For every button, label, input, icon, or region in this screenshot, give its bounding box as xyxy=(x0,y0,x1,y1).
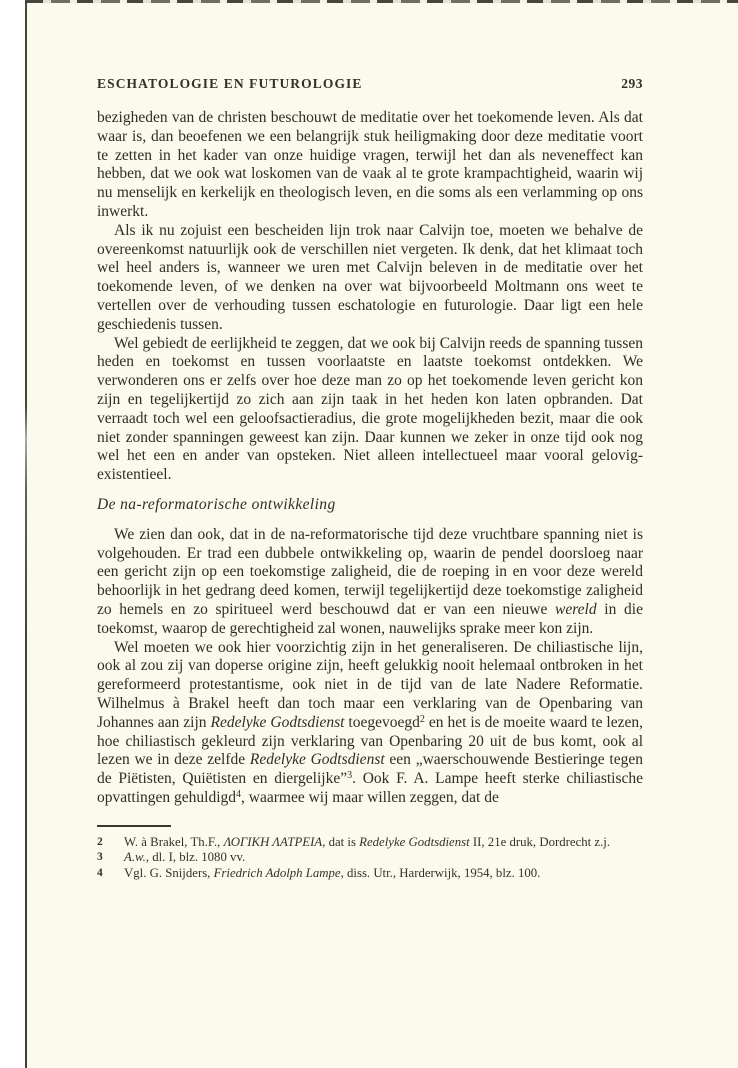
italic-text: Friedrich Adolph Lampe xyxy=(214,866,341,880)
italic-text: Redelyke Godtsdienst xyxy=(250,751,385,768)
footnote-number: 4 xyxy=(97,866,124,882)
footnote-text: W. à Brakel, Th.F., ΛΟΓΙΚΗ ΛΑΤΡΕΙΑ, dat … xyxy=(124,835,643,851)
page-edge-line xyxy=(25,0,27,1068)
footnotes: 2 W. à Brakel, Th.F., ΛΟΓΙΚΗ ΛΑΤΡΕΙΑ, da… xyxy=(97,835,643,882)
page-body: bezigheden van de christen beschouwt de … xyxy=(97,109,643,808)
running-title: ESCHATOLOGIE EN FUTUROLOGIE xyxy=(97,76,363,92)
page-content: ESCHATOLOGIE EN FUTUROLOGIE 293 bezighed… xyxy=(97,76,643,882)
footnote-separator-rule xyxy=(97,825,171,827)
italic-text: Redelyke Godtsdienst xyxy=(359,835,470,849)
italic-text: wereld xyxy=(555,601,597,618)
footnote-text: A.w., dl. I, blz. 1080 vv. xyxy=(124,850,643,866)
paragraph: We zien dan ook, dat in de na-reformator… xyxy=(97,526,643,639)
footnote-number: 3 xyxy=(97,850,124,866)
section-heading: De na-reformatorische ontwikkeling xyxy=(97,496,643,515)
paragraph: bezigheden van de christen beschouwt de … xyxy=(97,109,643,222)
scan-top-edge-line xyxy=(27,0,738,3)
paragraph: Wel moeten we ook hier voorzichtig zijn … xyxy=(97,639,643,808)
footnote: 4 Vgl. G. Snijders, Friedrich Adolph Lam… xyxy=(97,866,643,882)
running-header: ESCHATOLOGIE EN FUTUROLOGIE 293 xyxy=(97,76,643,92)
italic-text: ΛΟΓΙΚΗ ΛΑΤΡΕΙΑ xyxy=(224,835,323,849)
italic-text: Redelyke Godtsdienst xyxy=(211,714,345,731)
paragraph: Als ik nu zojuist een bescheiden lijn tr… xyxy=(97,222,643,335)
italic-text: A.w. xyxy=(124,850,146,864)
footnote: 2 W. à Brakel, Th.F., ΛΟΓΙΚΗ ΛΑΤΡΕΙΑ, da… xyxy=(97,835,643,851)
book-page-scan: ESCHATOLOGIE EN FUTUROLOGIE 293 bezighed… xyxy=(0,0,738,1068)
page-number: 293 xyxy=(621,76,643,92)
paragraph: Wel gebiedt de eerlijkheid te zeggen, da… xyxy=(97,335,643,485)
footnote: 3 A.w., dl. I, blz. 1080 vv. xyxy=(97,850,643,866)
footnote-text: Vgl. G. Snijders, Friedrich Adolph Lampe… xyxy=(124,866,643,882)
footnote-number: 2 xyxy=(97,835,124,851)
